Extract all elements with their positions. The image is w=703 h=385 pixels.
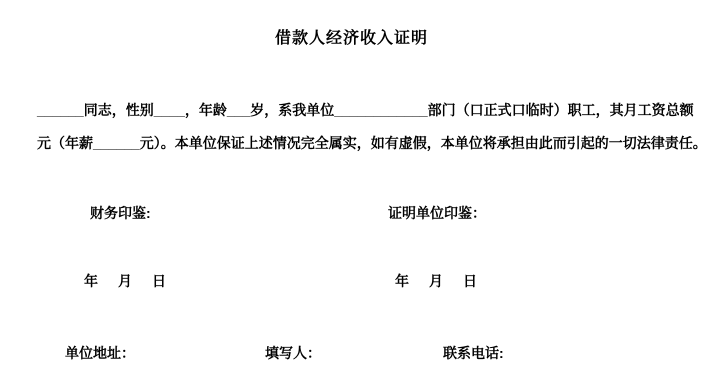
body-paragraph-line-1: ______同志，性别____，年龄___岁，系我单位____________部…: [37, 102, 694, 119]
financial-seal-label: 财务印鉴:: [90, 205, 151, 222]
after-unit-text: 部门（: [428, 102, 470, 118]
name-blank[interactable]: ______: [37, 102, 84, 118]
certifying-unit-seal-label: 证明单位印鉴：: [388, 205, 486, 222]
formal-employee-checkbox[interactable]: 口: [470, 102, 484, 118]
after-age-text: 岁，系我单位: [250, 102, 334, 118]
line1-end-text: ）职工，其月工资总额: [554, 102, 694, 118]
after-gender-text: ，年龄: [185, 102, 227, 118]
annual-salary-blank[interactable]: ______: [93, 135, 140, 151]
contact-phone-label: 联系电话:: [443, 345, 504, 362]
formal-employee-label: 正式: [484, 102, 512, 118]
temporary-employee-checkbox[interactable]: 口: [512, 102, 526, 118]
document-title: 借款人经济收入证明: [0, 30, 703, 48]
line2-start-text: 元（年薪: [37, 135, 93, 151]
document-page: 借款人经济收入证明 ______同志，性别____，年龄___岁，系我单位___…: [0, 0, 703, 385]
line2-end-text: 元）。本单位保证上述情况完全属实，如有虚假，本单位将承担由此而引起的一切法律责任…: [140, 135, 703, 151]
body-paragraph-line-2: 元（年薪______元）。本单位保证上述情况完全属实，如有虚假，本单位将承担由此…: [37, 135, 703, 152]
gender-blank[interactable]: ____: [154, 102, 185, 118]
form-writer-label: 填写人：: [265, 345, 321, 362]
age-blank[interactable]: ___: [227, 102, 250, 118]
after-name-text: 同志，性别: [84, 102, 154, 118]
temporary-employee-label: 临时: [526, 102, 554, 118]
certifying-unit-date-line: 年 月 日: [395, 273, 480, 290]
unit-address-label: 单位地址：: [65, 345, 135, 362]
financial-seal-date-line: 年 月 日: [84, 273, 169, 290]
work-unit-blank[interactable]: ____________: [334, 102, 427, 118]
